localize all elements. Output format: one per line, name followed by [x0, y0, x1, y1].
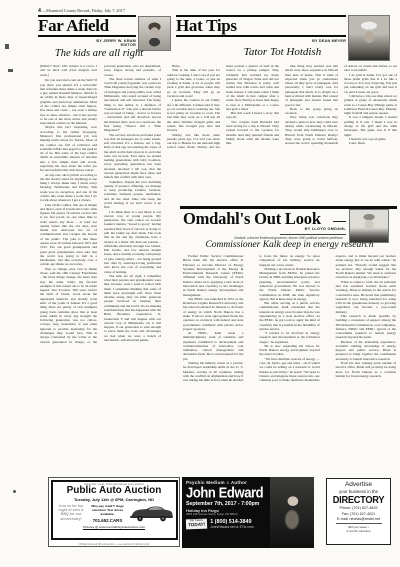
john-edward-photo — [270, 477, 314, 548]
paragraph: Like all his comics, this one is simple … — [40, 203, 97, 267]
omdahl-title: Omdahl's Out Look — [183, 209, 321, 229]
paragraph: At EERC, Kalk leads a multidisciplinary … — [183, 331, 243, 361]
scan-mark — [13, 490, 16, 493]
john-edward-web: JohnEdward.net or ETix.com — [210, 525, 253, 529]
paragraph: The kids are all right. I remember what … — [104, 274, 161, 343]
john-edward-phone: 1 (800) 514-3849 — [210, 519, 253, 525]
newspaper-page: 4—Mountrail County Record, Friday, July … — [0, 0, 400, 567]
directory-ad: Advertise your business in the DIRECTORY… — [326, 478, 391, 545]
far-afield-headline: The kids are all right — [38, 48, 160, 59]
john-edward-venue: Holiday Inn Fargo — [186, 508, 272, 513]
paragraph: When it comes to CO2, the air pollutant … — [336, 280, 396, 314]
paragraph: I do think there is a real threat to our… — [104, 210, 161, 274]
paragraph: Back to the group going on vacation. — [285, 107, 338, 116]
paragraph: Former Public Service Commissioner Brian… — [183, 254, 243, 297]
hat-tips-masthead: Hat Tips BY DEAN MEYER — [176, 15, 346, 43]
paragraph: I do grill at home. I've got one of thos… — [344, 73, 397, 94]
auction-invite-text: Join us for fun night of cars & BBQ for … — [55, 504, 88, 524]
scan-mark — [5, 44, 9, 49]
hat-tips-title: Hat Tips — [176, 18, 346, 33]
paragraph: But while serving as a public service co… — [259, 301, 319, 331]
kram-photo — [138, 16, 171, 51]
paragraph: This research is made possible by buildi… — [336, 314, 396, 340]
auction-pitch: Why pay retail?! Huge selection! Test dr… — [88, 504, 128, 524]
page-number: 4 — [38, 8, 41, 14]
john-edward-address: 3803 13th Avenue South, Fargo, ND 58103 — [186, 513, 272, 516]
auction-url: Pictures @ www.CentralCityAutoAuction.co… — [55, 525, 174, 529]
hat-tips-paragraphs: Hello,This is the time of the year for o… — [167, 64, 397, 150]
paragraph: The most recent outburst of what I could… — [104, 77, 161, 133]
directory-name: DIRECTORY — [331, 495, 386, 505]
far-afield-paragraphs: Do you read xkcd.com on the Web? If you … — [40, 64, 161, 344]
directory-line1: Advertise — [327, 481, 390, 488]
john-edward-name: John Edward — [186, 485, 272, 500]
paragraph: It was a tailgater dream. I started gril… — [344, 115, 397, 136]
paragraph: The second, and more profound point was … — [104, 133, 161, 180]
auction-phone: 701.652.CARS — [88, 518, 128, 524]
directory-phone: Phone: (701) 627-4829 — [327, 506, 390, 510]
paragraph: Two couples from Berthold had been savin… — [226, 120, 279, 146]
omdahl-byline: BY LLOYD OMDAHL — [183, 227, 346, 231]
paragraph: At any rate, xkcd (which according to th… — [40, 173, 97, 203]
paragraph: But this week I heard a story that tops … — [226, 111, 279, 120]
far-afield-title: Far Afield — [38, 18, 136, 33]
paragraph: Later, Dean — [344, 141, 397, 145]
auction-title: Public Auto Auction — [55, 486, 174, 496]
paragraph: I did have a trip one time where we gril… — [344, 94, 397, 115]
directory-separator — [336, 523, 382, 524]
directory-fax: Fax: (701) 627-4021 — [327, 512, 390, 516]
paragraph: He is now expanding his vision for North… — [259, 344, 319, 357]
john-edward-date: September 7th, 2017 - 7:00pm — [186, 501, 272, 507]
paragraph: From his new vantage point outside of el… — [336, 361, 396, 378]
hat-tips-article: Hello,This is the time of the year for o… — [167, 64, 397, 207]
directory-rate2: 3 month minimum — [327, 529, 390, 533]
paragraph: I guess the women in our family are a bi… — [167, 98, 220, 132]
scan-mark — [8, 69, 13, 72]
get-tickets-badge: Get Tickets TODAY! — [186, 518, 208, 528]
paragraph: Holding a doctorate in Natural Resource … — [259, 267, 319, 301]
paragraph: One thing they learned was that meals we… — [285, 64, 338, 107]
omdahl-byline-rule — [280, 234, 346, 235]
paragraph: The EERC was launched in 1951 as the Rob… — [183, 297, 243, 331]
paragraph: "I wanted to be involved in energy resea… — [259, 331, 319, 344]
auction-date: Tuesday, July 11th @ 6PM, Carrington, ND — [55, 497, 174, 502]
far-afield-masthead: Far Afield BY JERRY W. KRAM EDITOR — [38, 15, 136, 47]
paragraph: This is the time of the year for outdoor… — [167, 68, 220, 98]
paragraph: Because of his leadership experience, ac… — [336, 340, 396, 361]
auction-ad-inner: Great cars, trucks, SUVs and pickups eve… — [51, 480, 178, 541]
omdahl-title-rule — [333, 221, 346, 222]
paragraph: Do you read xkcd.com on the Web? If you … — [40, 78, 97, 125]
hat-tips-byline: BY DEAN MEYER — [176, 37, 346, 43]
omdahl-article: Former Public Service Commissioner Brian… — [183, 254, 396, 472]
paragraph: Maybe this isn't surprising, now accordi… — [40, 125, 97, 172]
omdahl-credit-line: Omdahl: a former lieutenant governor, fo… — [180, 236, 397, 240]
far-afield-article: (Editor's Note: This column is a rerun. … — [40, 64, 161, 474]
far-afield-byline: BY JERRY W. KRAM EDITOR — [38, 37, 136, 47]
directory-email: E-mail: ntnews@restel.net — [327, 517, 390, 521]
car-icon — [128, 504, 174, 524]
omdahl-paragraphs: Former Public Service Commissioner Brian… — [183, 254, 396, 382]
auction-ad: Great cars, trucks, SUVs and pickups eve… — [48, 477, 180, 547]
john-edward-ad: Psychic Medium & Author John Edward Sept… — [182, 477, 314, 548]
hat-tips-headline: Tator Tot Hotdish — [168, 46, 397, 58]
edition-text: —Mountrail County Record, Friday, July 7… — [42, 8, 125, 13]
auction-fine-print: Officially licensed ND auto auction — se… — [49, 543, 179, 546]
edition-line: 4—Mountrail County Record, Friday, July … — [38, 8, 125, 14]
paragraph: Somehow, despite the ever declining qual… — [104, 180, 161, 210]
editors-note: (Editor's Note: This column is a rerun. … — [40, 64, 97, 77]
omdahl-headline: Commissioner Kalk deep in energy researc… — [183, 240, 396, 250]
